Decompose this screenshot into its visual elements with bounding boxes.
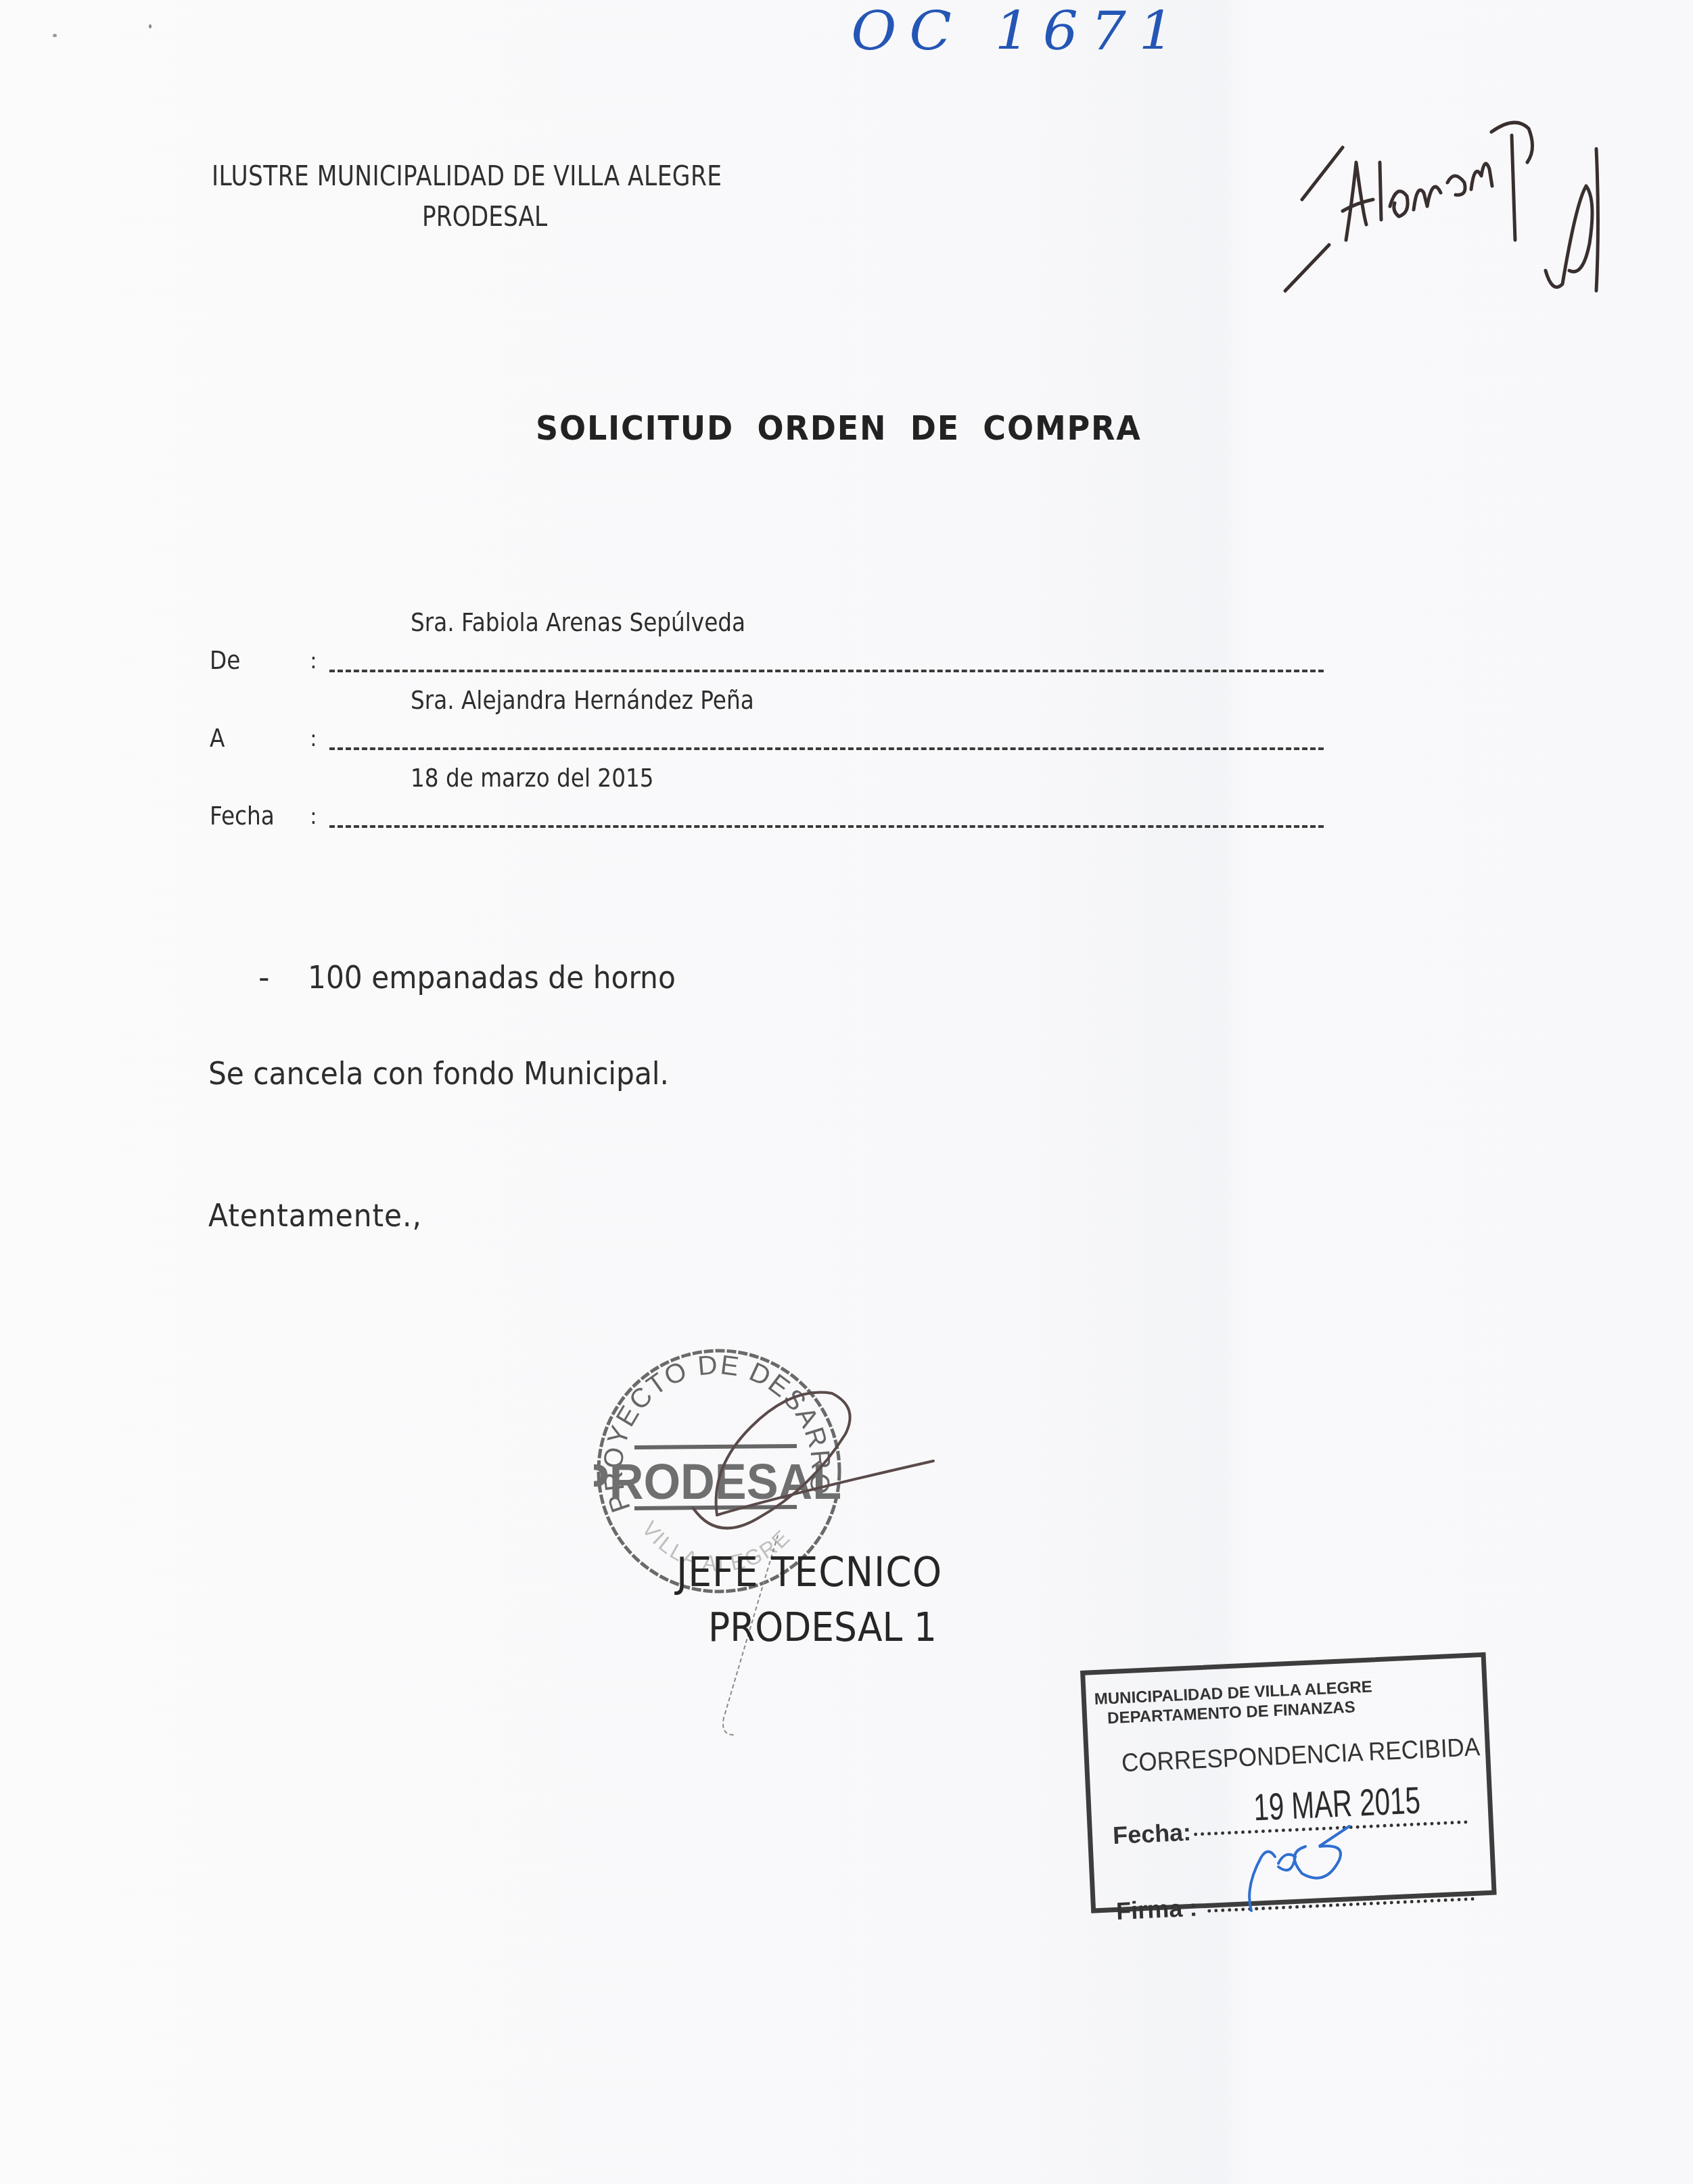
signer-unit: PRODESAL 1 bbox=[708, 1604, 937, 1650]
authorization-signature-icon bbox=[1278, 68, 1657, 311]
to-label: A bbox=[210, 723, 225, 753]
date-label: Fecha bbox=[210, 801, 275, 831]
order-item: 100 empanadas de horno bbox=[308, 959, 676, 996]
header-program: PRODESAL bbox=[422, 202, 547, 233]
item-bullet: - bbox=[258, 959, 270, 996]
stamp-signature-label: Firma : bbox=[1115, 1894, 1198, 1926]
handwritten-order-number: OC 1671 bbox=[851, 1, 1187, 62]
from-value: Sra. Fabiola Arenas Sepúlveda bbox=[411, 607, 745, 637]
document-title: SOLICITUD ORDEN DE COMPRA bbox=[536, 409, 1142, 448]
stamp-heading: CORRESPONDENCIA RECIBIDA bbox=[1121, 1733, 1481, 1778]
header-institution: ILUSTRE MUNICIPALIDAD DE VILLA ALEGRE bbox=[212, 161, 722, 192]
from-label: De bbox=[210, 645, 240, 675]
date-dashed-line bbox=[329, 825, 1324, 828]
stamp-date-value: 19 MAR 2015 bbox=[1253, 1778, 1421, 1829]
payment-note: Se cancela con fondo Municipal. bbox=[208, 1055, 669, 1092]
date-value: 18 de marzo del 2015 bbox=[411, 763, 654, 793]
from-dashed-line bbox=[329, 670, 1324, 672]
stamp-date-label: Fecha: bbox=[1112, 1818, 1192, 1850]
scan-speck bbox=[149, 24, 152, 28]
to-colon: : bbox=[310, 726, 317, 751]
to-dashed-line bbox=[329, 747, 1324, 750]
date-colon: : bbox=[310, 804, 317, 829]
to-value: Sra. Alejandra Hernández Peña bbox=[411, 685, 754, 715]
receiver-initials-icon bbox=[1238, 1826, 1360, 1914]
closing-text: Atentamente., bbox=[208, 1197, 422, 1234]
scan-speck bbox=[53, 34, 57, 37]
from-colon: : bbox=[310, 648, 317, 674]
signer-title: JEFE TECNICO bbox=[676, 1549, 942, 1596]
